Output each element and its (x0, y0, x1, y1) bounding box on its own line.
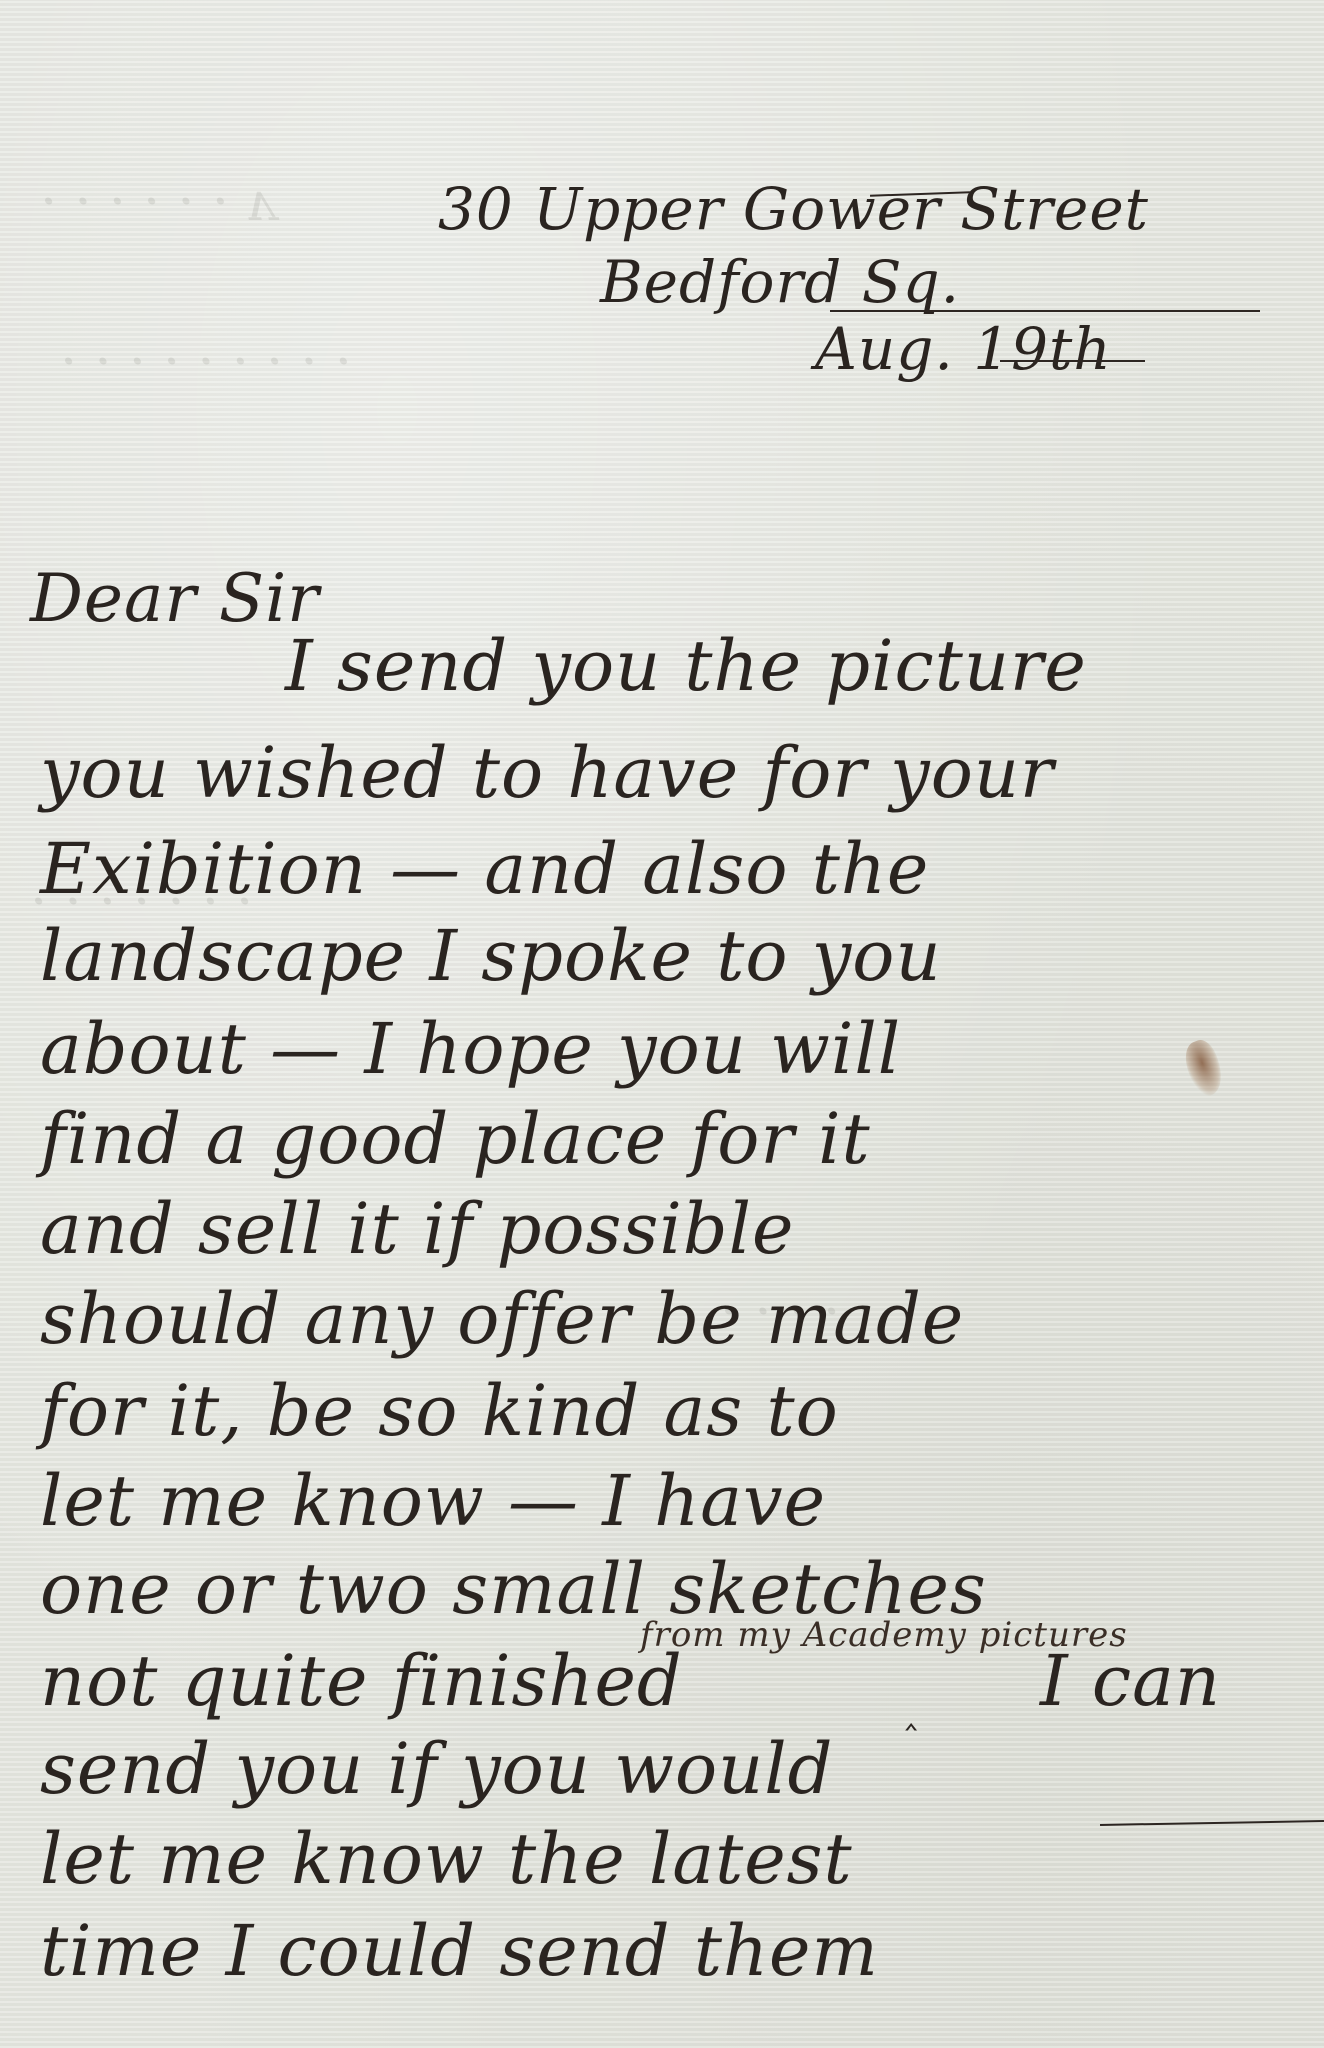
date-underline (1000, 360, 1145, 362)
letter-line-5: about — I hope you will (40, 1008, 901, 1090)
letter-line-3: Exibition — and also the (40, 828, 929, 910)
insertion-caret: ‸ (905, 1690, 917, 1731)
letter-line-13: send you if you would (40, 1728, 833, 1810)
salutation: Dear Sir (30, 560, 320, 637)
letter-line-7: and sell it if possible (40, 1188, 794, 1270)
letter-line-15: time I could send them (40, 1910, 879, 1992)
address-underline (830, 310, 1260, 312)
show-through-text: ᴧ · · · · · · (40, 170, 277, 233)
letter-line-12-tail: I can (1040, 1640, 1221, 1722)
letter-date: Aug. 19th (815, 315, 1112, 383)
letter-line-9: for it, be so kind as to (40, 1370, 839, 1452)
letter-line-4: landscape I spoke to you (40, 915, 942, 997)
address-line-1: 30 Upper Gower Street (438, 175, 1149, 243)
letter-line-2: you wished to have for your (40, 732, 1054, 814)
show-through-text: · · · · · · · · · (60, 330, 352, 393)
address-line-2: Bedford Sq. (600, 248, 960, 316)
letter-page: ᴧ · · · · · · · · · · · · · · · · · · · … (0, 0, 1324, 2048)
letter-line-14: let me know the latest (40, 1818, 853, 1900)
ink-stain (1179, 1036, 1228, 1100)
letter-line-12: not quite finished (40, 1640, 683, 1722)
letter-line-6: find a good place for it (40, 1098, 871, 1180)
letter-line-10: let me know — I have (40, 1460, 826, 1542)
letter-line-8: should any offer be made (40, 1278, 964, 1360)
letter-line-1: I send you the picture (285, 625, 1087, 707)
t-crossbar (1100, 1820, 1324, 1826)
